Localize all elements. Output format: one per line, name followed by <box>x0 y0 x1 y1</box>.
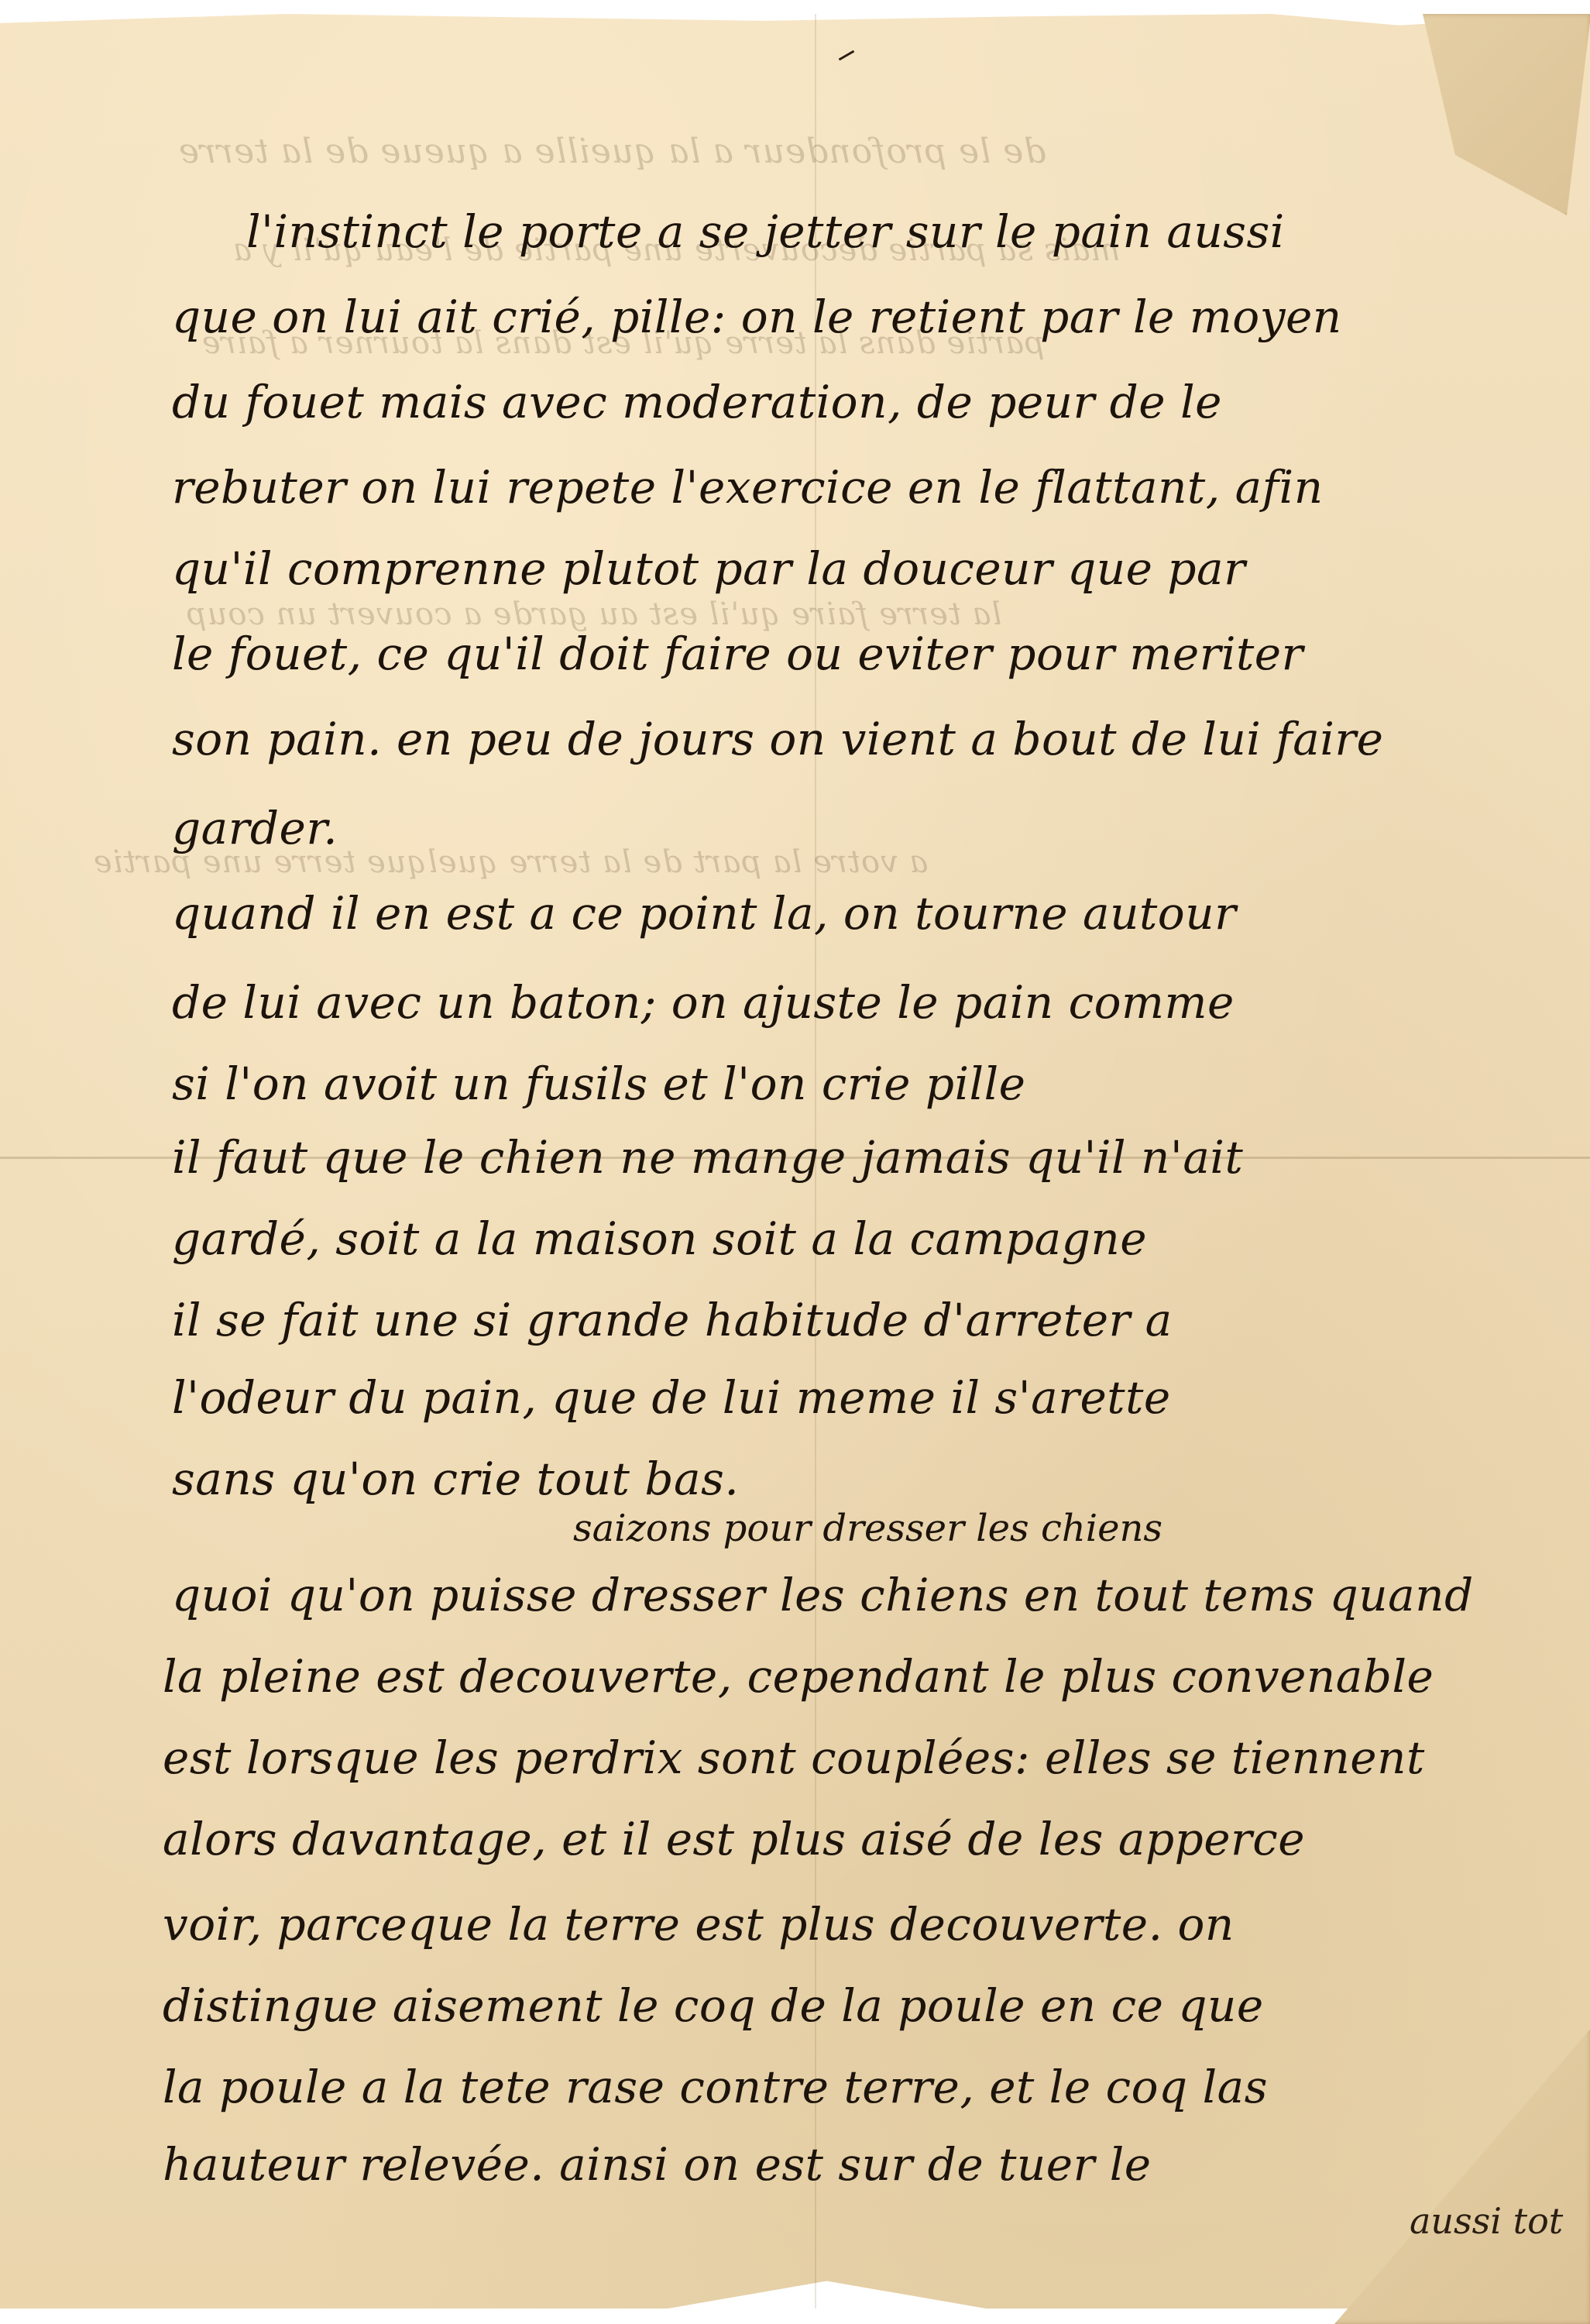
text-line: l'instinct le porte a se jetter sur le p… <box>246 209 1285 254</box>
text-line: son pain. en peu de jours on vient a bou… <box>172 717 1383 761</box>
text-line: voir, parceque la terre est plus decouve… <box>163 1902 1235 1947</box>
section-heading: saizons pour dresser les chiens <box>573 1507 1162 1550</box>
text-line: quoi qu'on puisse dresser les chiens en … <box>172 1573 1474 1618</box>
text-line: que on lui ait crié, pille: on le retien… <box>172 294 1342 339</box>
text-line: garder. <box>172 806 338 851</box>
text-line: du fouet mais avec moderation, de peur d… <box>172 380 1222 425</box>
text-line: gardé, soit a la maison soit a la campag… <box>172 1216 1147 1261</box>
text-line: il se fait une si grande habitude d'arre… <box>172 1298 1173 1342</box>
text-line: alors davantage, et il est plus aisé de … <box>163 1817 1305 1862</box>
text-line: quand il en est a ce point la, on tourne… <box>172 891 1236 936</box>
margin-note: aussi tot <box>1410 2200 1563 2242</box>
text-line: sans qu'on crie tout bas. <box>172 1456 739 1501</box>
text-line: la poule a la tete rase contre terre, et… <box>163 2064 1268 2109</box>
manuscript-text: l'instinct le porte a se jetter sur le p… <box>0 0 1590 2324</box>
text-line: de lui avec un baton; on ajuste le pain … <box>172 980 1235 1025</box>
text-line: l'odeur du pain, que de lui meme il s'ar… <box>172 1375 1171 1420</box>
text-line: si l'on avoit un fusils et l'on crie pil… <box>172 1061 1025 1106</box>
text-line: qu'il comprenne plutot par la douceur qu… <box>172 546 1245 591</box>
text-line: la pleine est decouverte, cependant le p… <box>163 1654 1434 1699</box>
text-line: hauteur relevée. ainsi on est sur de tue… <box>163 2142 1152 2187</box>
text-line: il faut que le chien ne mange jamais qu'… <box>172 1135 1243 1180</box>
text-line: est lorsque les perdrix sont couplées: e… <box>163 1735 1425 1780</box>
text-line: le fouet, ce qu'il doit faire ou eviter … <box>172 631 1303 676</box>
text-line: distingue aisement le coq de la poule en… <box>163 1983 1264 2028</box>
text-line: rebuter on lui repete l'exercice en le f… <box>172 465 1324 510</box>
